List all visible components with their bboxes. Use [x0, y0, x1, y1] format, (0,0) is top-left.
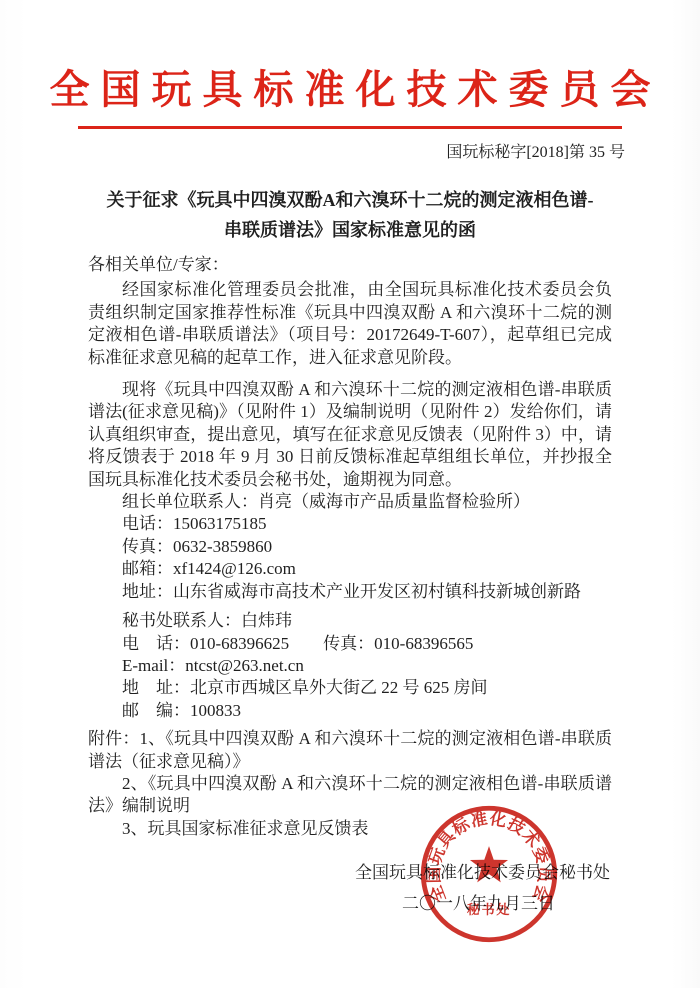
secretariat-contact-phone-fax: 电 话：010-68396625 传真：010-68396565 [122, 633, 612, 655]
letter-body: 各相关单位/专家： 经国家标准化管理委员会批准，由全国玩具标准化技术委员会负责组… [88, 254, 612, 915]
signature-block: 全国玩具标准化技术委员会秘书处 二〇一八年九月三日 [88, 862, 612, 915]
document-title-line-2: 串联质谱法》国家标准意见的函 [0, 215, 700, 245]
leader-contact-email: 邮箱：xf1424@126.com [122, 558, 612, 580]
paragraph-2: 现将《玩具中四溴双酚 A 和六溴环十二烷的测定液相色谱-串联质谱法(征求意见稿)… [88, 379, 612, 491]
signature-organization: 全国玩具标准化技术委员会秘书处 [88, 862, 612, 884]
secretariat-contact-zipcode: 邮 编：100833 [122, 700, 612, 722]
letterhead-divider [78, 126, 622, 129]
document-title: 关于征求《玩具中四溴双酚A和六溴环十二烷的测定液相色谱- 串联质谱法》国家标准意… [0, 185, 700, 245]
leader-contact-address: 地址：山东省威海市高技术产业开发区初村镇科技新城创新路 [122, 581, 612, 603]
paragraph-1: 经国家标准化管理委员会批准，由全国玩具标准化技术委员会负责组织制定国家推荐性标准… [88, 279, 612, 369]
attachment-line-1: 附件：1、《玩具中四溴双酚 A 和六溴环十二烷的测定液相色谱-串联质谱法（征求意… [88, 728, 612, 773]
document-title-line-1: 关于征求《玩具中四溴双酚A和六溴环十二烷的测定液相色谱- [0, 185, 700, 215]
letterhead-title: 全国玩具标准化技术委员会 [0, 64, 700, 116]
leader-contact-fax: 传真：0632-3859860 [122, 536, 612, 558]
leader-contact-block: 组长单位联系人：肖亮（威海市产品质量监督检验所） 电话：15063175185 … [122, 491, 612, 603]
secretariat-contact-address: 地 址：北京市西城区阜外大街乙 22 号 625 房间 [122, 677, 612, 699]
document-page: 全国玩具标准化技术委员会 国玩标秘字[2018]第 35 号 关于征求《玩具中四… [0, 0, 700, 988]
secretariat-contact-block: 秘书处联系人：白炜玮 电 话：010-68396625 传真：010-68396… [122, 610, 612, 722]
signature-date: 二〇一八年九月三日 [88, 893, 612, 915]
salutation: 各相关单位/专家： [88, 254, 612, 276]
attachments-list: 附件：1、《玩具中四溴双酚 A 和六溴环十二烷的测定液相色谱-串联质谱法（征求意… [88, 728, 612, 840]
attachment-line-2: 2、《玩具中四溴双酚 A 和六溴环十二烷的测定液相色谱-串联质谱法》编制说明 [88, 773, 612, 818]
attachment-line-3: 3、玩具国家标准征求意见反馈表 [88, 818, 612, 840]
leader-contact-phone: 电话：15063175185 [122, 513, 612, 535]
secretariat-contact-person: 秘书处联系人：白炜玮 [122, 610, 612, 632]
document-number: 国玩标秘字[2018]第 35 号 [0, 142, 700, 164]
secretariat-contact-email: E-mail：ntcst@263.net.cn [122, 655, 612, 677]
scanned-document: { "colors": { "accent_red": "#dc2418", "… [0, 0, 700, 988]
leader-contact-person: 组长单位联系人：肖亮（威海市产品质量监督检验所） [122, 491, 612, 513]
